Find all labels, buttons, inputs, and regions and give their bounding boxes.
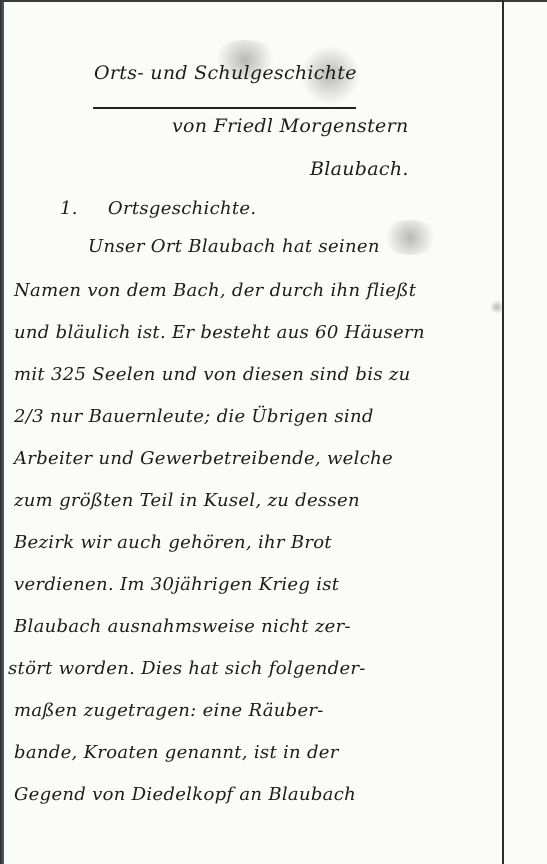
text-line-10: Blaubach ausnahmsweise nicht zer- [14,616,351,637]
scan-edge-shadow [0,0,4,864]
text-line-6: Arbeiter und Gewerbetreibende, welche [14,448,393,469]
text-line-9: verdienen. Im 30jährigen Krieg ist [14,574,339,595]
text-line-5: 2/3 nur Bauernleute; die Übrigen sind [14,406,374,427]
text-line-2: Namen von dem Bach, der durch ihn fließt [14,280,416,301]
section-title: Ortsgeschichte. [108,198,256,219]
text-line-8: Bezirk wir auch gehören, ihr Brot [14,532,332,553]
text-line-12: maßen zugetragen: eine Räuber- [14,700,324,721]
document-page: Orts- und Schulgeschichte von Friedl Mor… [0,0,547,864]
document-title: Orts- und Schulgeschichte [94,62,357,84]
text-line-14: Gegend von Diedelkopf an Blaubach [14,784,356,805]
text-line-4: mit 325 Seelen und von diesen sind bis z… [14,364,411,385]
place-name: Blaubach. [310,158,409,180]
margin-rule [502,0,504,864]
text-line-11: stört worden. Dies hat sich folgender- [8,658,366,679]
section-heading: 1. Ortsgeschichte. [60,198,256,219]
section-number: 1. [60,198,78,219]
ink-smudge [380,220,440,255]
text-line-1: Unser Ort Blaubach hat seinen [88,236,380,257]
text-line-7: zum größten Teil in Kusel, zu dessen [14,490,360,511]
ink-dot [490,300,504,314]
scan-top-edge [0,0,547,2]
author-line: von Friedl Morgenstern [172,115,408,137]
text-line-3: und bläulich ist. Er besteht aus 60 Häus… [14,322,425,343]
title-underline [93,107,356,109]
text-line-13: bande, Kroaten genannt, ist in der [14,742,339,763]
